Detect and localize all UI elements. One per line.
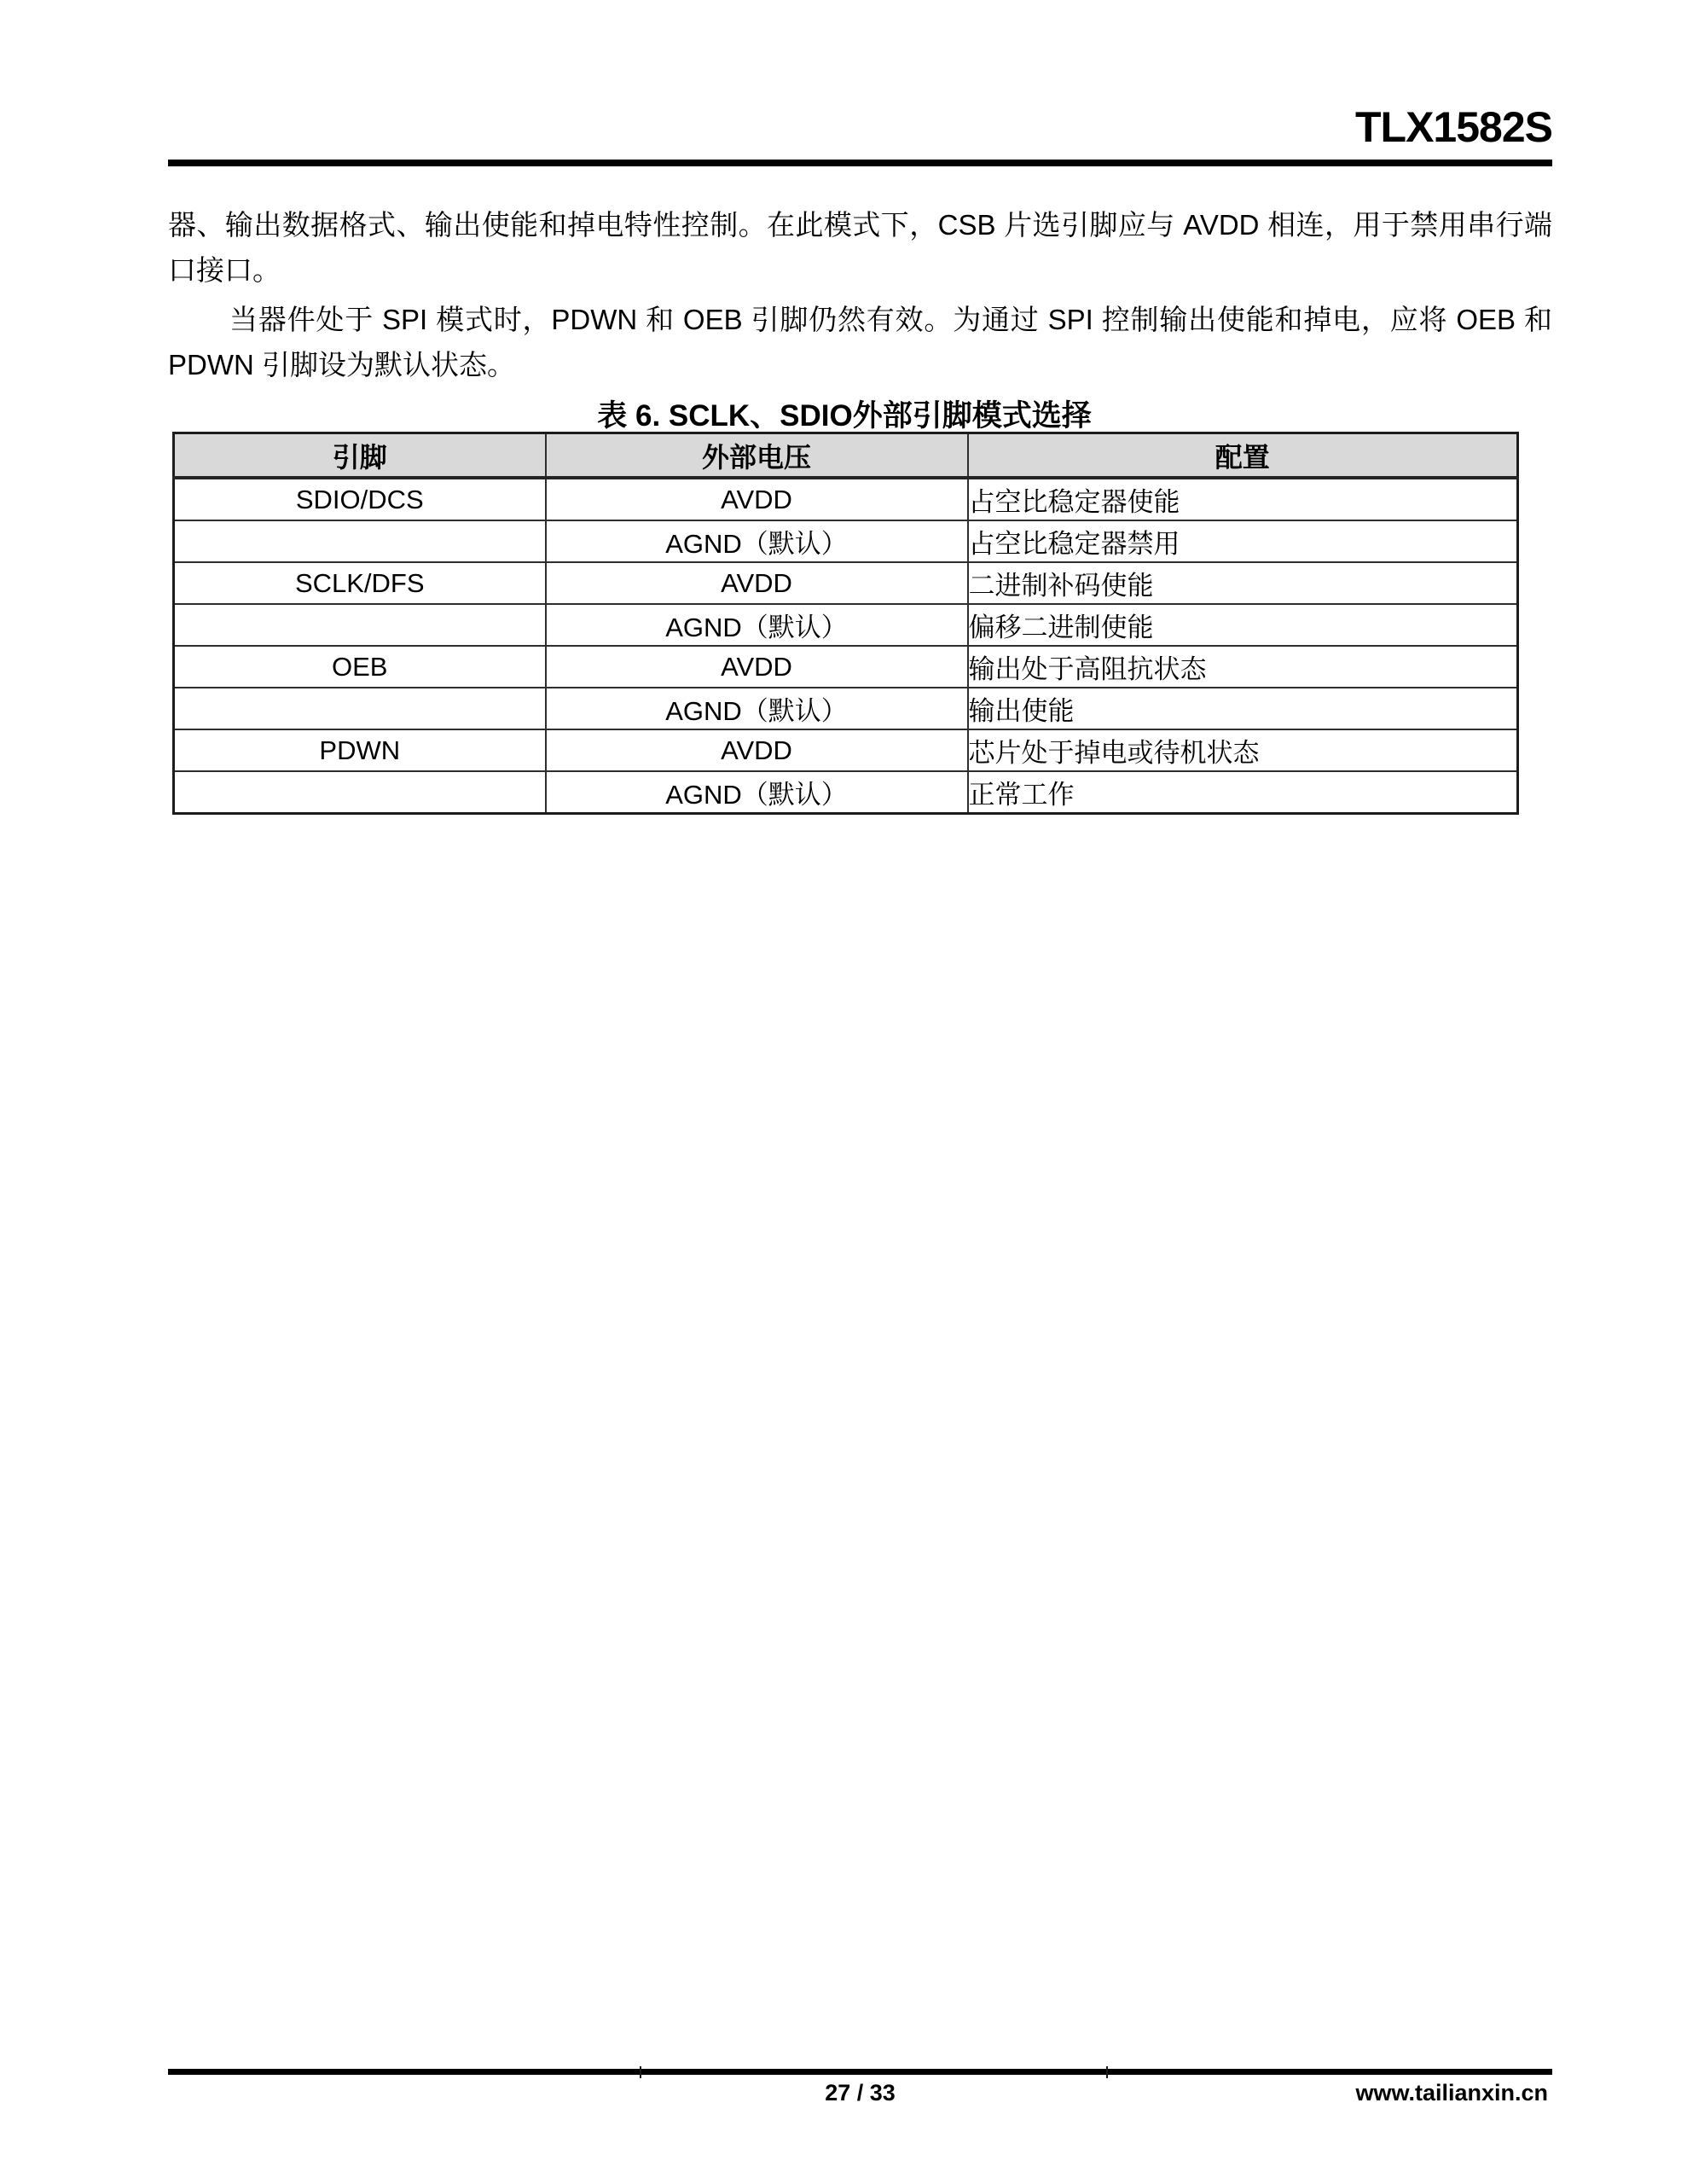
cell-pin [174, 688, 546, 729]
cell-voltage: AGND（默认） [546, 520, 968, 562]
cell-pin [174, 604, 546, 646]
cell-voltage: AVDD [546, 562, 968, 604]
column-header-config: 配置 [968, 433, 1518, 479]
cell-pin: OEB [174, 646, 546, 688]
table-row: SDIO/DCSAVDD占空比稳定器使能 [174, 478, 1518, 520]
pin-mode-table: 引脚 外部电压 配置 SDIO/DCSAVDD占空比稳定器使能AGND（默认）占… [172, 432, 1519, 815]
cell-config: 正常工作 [968, 771, 1518, 814]
cell-voltage: AVDD [546, 646, 968, 688]
cell-pin: SDIO/DCS [174, 478, 546, 520]
cell-config: 输出使能 [968, 688, 1518, 729]
page-number: 27 / 33 [168, 2080, 1552, 2106]
cell-voltage: AGND（默认） [546, 771, 968, 814]
cell-voltage: AVDD [546, 729, 968, 771]
footer-divider-tick [1106, 2066, 1108, 2078]
column-header-pin: 引脚 [174, 433, 546, 479]
cell-pin [174, 771, 546, 814]
header-divider [168, 160, 1552, 166]
cell-config: 芯片处于掉电或待机状态 [968, 729, 1518, 771]
page-title: TLX1582S [1355, 104, 1552, 150]
table-header-row: 引脚 外部电压 配置 [174, 433, 1518, 479]
paragraph-line: 器、输出数据格式、输出使能和掉电特性控制。在此模式下，CSB 片选引脚应与 AV… [168, 202, 1552, 247]
paragraph-line: 口接口。 [168, 247, 1552, 293]
cell-config: 输出处于高阻抗状态 [968, 646, 1518, 688]
cell-voltage: AGND（默认） [546, 688, 968, 729]
footer-divider [168, 2069, 1552, 2075]
cell-pin [174, 520, 546, 562]
table-row: AGND（默认）输出使能 [174, 688, 1518, 729]
table-title: 表 6. SCLK、SDIO外部引脚模式选择 [172, 392, 1516, 435]
cell-voltage: AVDD [546, 478, 968, 520]
table-row: SCLK/DFSAVDD二进制补码使能 [174, 562, 1518, 604]
paragraph: 器、输出数据格式、输出使能和掉电特性控制。在此模式下，CSB 片选引脚应与 AV… [168, 202, 1552, 293]
table-row: AGND（默认）正常工作 [174, 771, 1518, 814]
cell-config: 占空比稳定器使能 [968, 478, 1518, 520]
website-text: www.tailianxin.cn [1355, 2080, 1548, 2106]
cell-config: 偏移二进制使能 [968, 604, 1518, 646]
cell-config: 二进制补码使能 [968, 562, 1518, 604]
cell-pin: SCLK/DFS [174, 562, 546, 604]
paragraph-line: 当器件处于 SPI 模式时，PDWN 和 OEB 引脚仍然有效。为通过 SPI … [168, 297, 1552, 342]
datasheet-page: TLX1582S 器、输出数据格式、输出使能和掉电特性控制。在此模式下，CSB … [0, 0, 1687, 2184]
table-row: AGND（默认）占空比稳定器禁用 [174, 520, 1518, 562]
column-header-voltage: 外部电压 [546, 433, 968, 479]
paragraph-line: PDWN 引脚设为默认状态。 [168, 342, 1552, 387]
cell-voltage: AGND（默认） [546, 604, 968, 646]
table-row: AGND（默认）偏移二进制使能 [174, 604, 1518, 646]
cell-config: 占空比稳定器禁用 [968, 520, 1518, 562]
paragraph: 当器件处于 SPI 模式时，PDWN 和 OEB 引脚仍然有效。为通过 SPI … [168, 297, 1552, 387]
table-row: OEBAVDD输出处于高阻抗状态 [174, 646, 1518, 688]
cell-pin: PDWN [174, 729, 546, 771]
table-row: PDWNAVDD芯片处于掉电或待机状态 [174, 729, 1518, 771]
body-text: 器、输出数据格式、输出使能和掉电特性控制。在此模式下，CSB 片选引脚应与 AV… [168, 202, 1552, 387]
footer-divider-tick [640, 2066, 641, 2078]
